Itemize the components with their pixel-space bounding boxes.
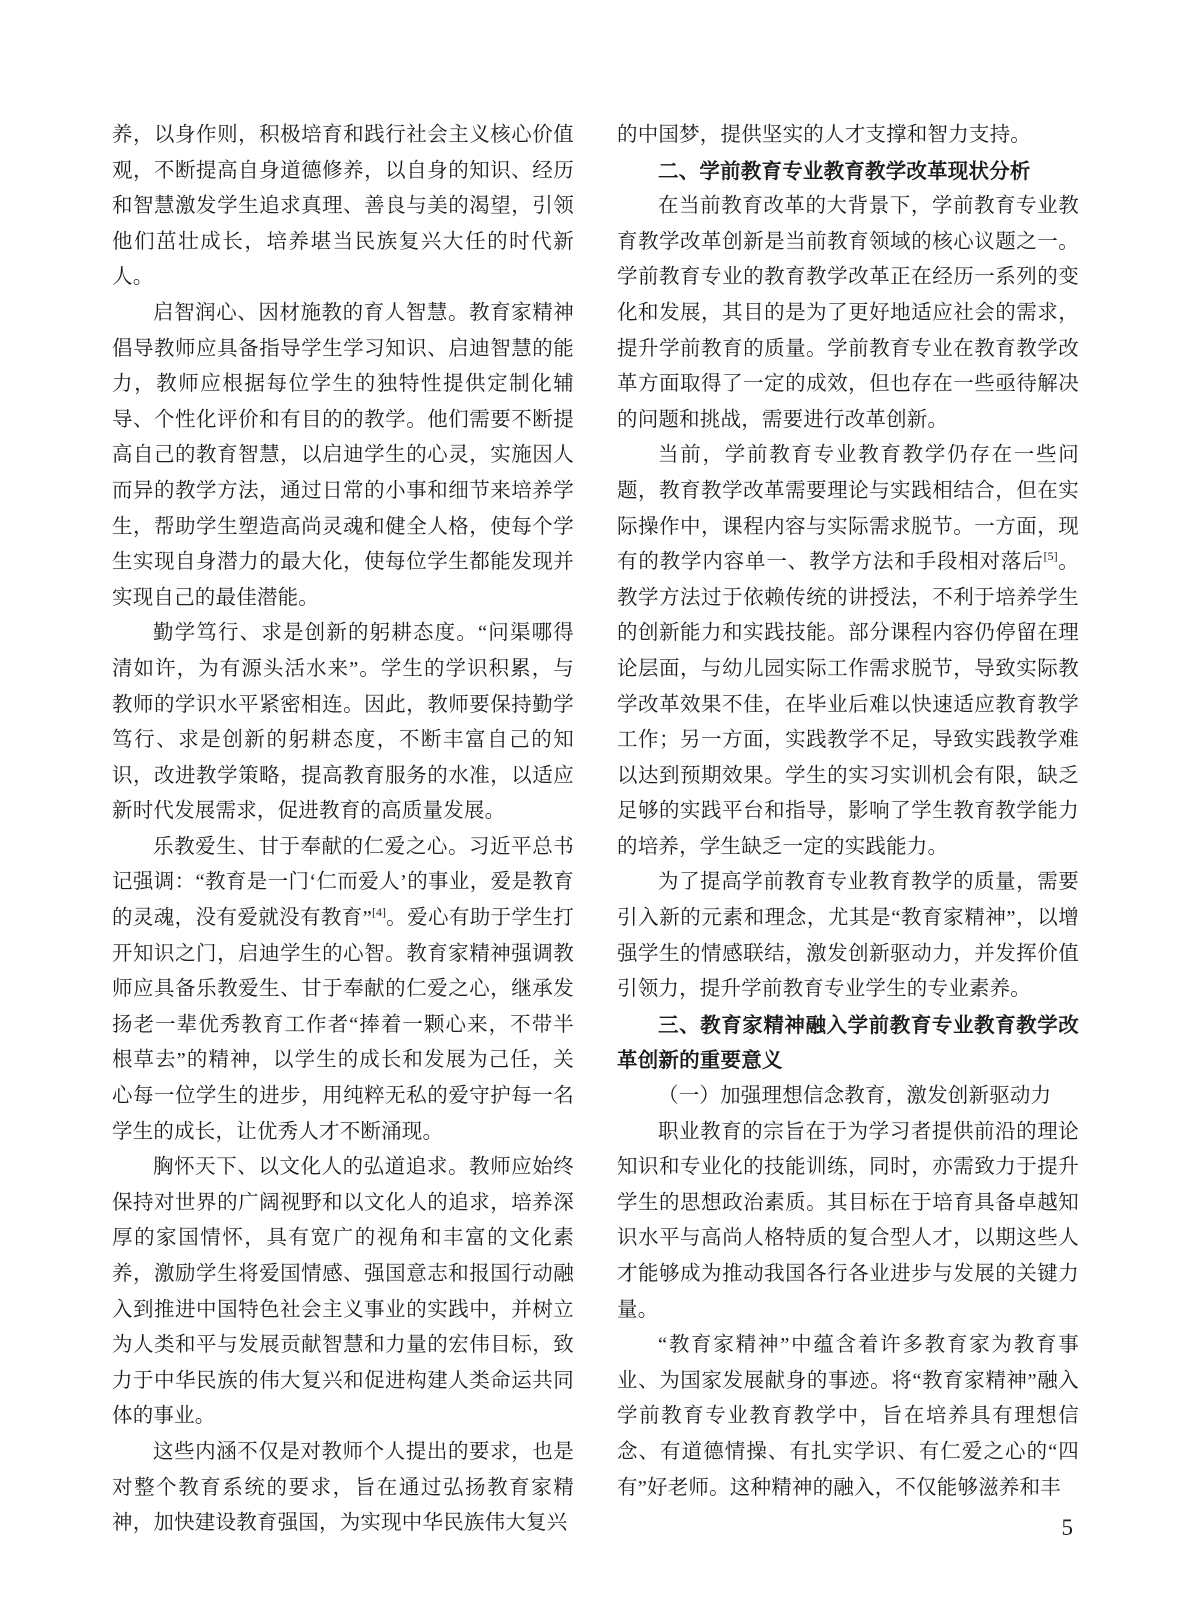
paragraph: “教育家精神”中蕴含着许多教育家为教育事业、为国家发展献身的事迹。将“教育家精神… [617, 1328, 1079, 1506]
paragraph: 启智润心、因材施教的育人智慧。教育家精神倡导教师应具备指导学生学习知识、启迪智慧… [112, 296, 574, 616]
paragraph: 养，以身作则，积极培育和践行社会主义核心价值观，不断提高自身道德修养，以自身的知… [112, 118, 574, 296]
paragraph: 胸怀天下、以文化人的弘道追求。教师应始终保持对世界的广阔视野和以文化人的追求，培… [112, 1150, 574, 1435]
document-page: 养，以身作则，积极培育和践行社会主义核心价值观，不断提高自身道德修养，以自身的知… [0, 0, 1191, 1616]
left-column: 养，以身作则，积极培育和践行社会主义核心价值观，不断提高自身道德修养，以自身的知… [112, 118, 574, 1542]
paragraph: 为了提高学前教育专业教育教学的质量，需要引入新的元素和理念，尤其是“教育家精神”… [617, 865, 1079, 1007]
section-heading: 二、学前教育专业教育教学改革现状分析 [617, 154, 1079, 190]
paragraph: 的中国梦，提供坚实的人才支撑和智力支持。 [617, 118, 1079, 154]
paragraph: 乐教爱生、甘于奉献的仁爱之心。习近平总书记强调：“教育是一门‘仁而爱人’的事业，… [112, 830, 574, 1150]
paragraph: 在当前教育改革的大背景下，学前教育专业教育教学改革创新是当前教育领域的核心议题之… [617, 189, 1079, 438]
paragraph: 勤学笃行、求是创新的躬耕态度。“问渠哪得清如许，为有源头活水来”。学生的学识积累… [112, 616, 574, 830]
paragraph: 职业教育的宗旨在于为学习者提供前沿的理论知识和专业化的技能训练，同时，亦需致力于… [617, 1115, 1079, 1329]
right-column: 的中国梦，提供坚实的人才支撑和智力支持。二、学前教育专业教育教学改革现状分析在当… [617, 118, 1079, 1506]
sub-heading: （一）加强理想信念教育，激发创新驱动力 [617, 1079, 1079, 1115]
paragraph: 这些内涵不仅是对教师个人提出的要求，也是对整个教育系统的要求，旨在通过弘扬教育家… [112, 1435, 574, 1542]
page-number: 5 [1062, 1510, 1074, 1545]
paragraph: 当前，学前教育专业教育教学仍存在一些问题，教育教学改革需要理论与实践相结合，但在… [617, 438, 1079, 865]
section-heading: 三、教育家精神融入学前教育专业教育教学改革创新的重要意义 [617, 1008, 1079, 1079]
citation-marker: [4] [372, 905, 386, 919]
citation-marker: [5] [1044, 549, 1058, 563]
